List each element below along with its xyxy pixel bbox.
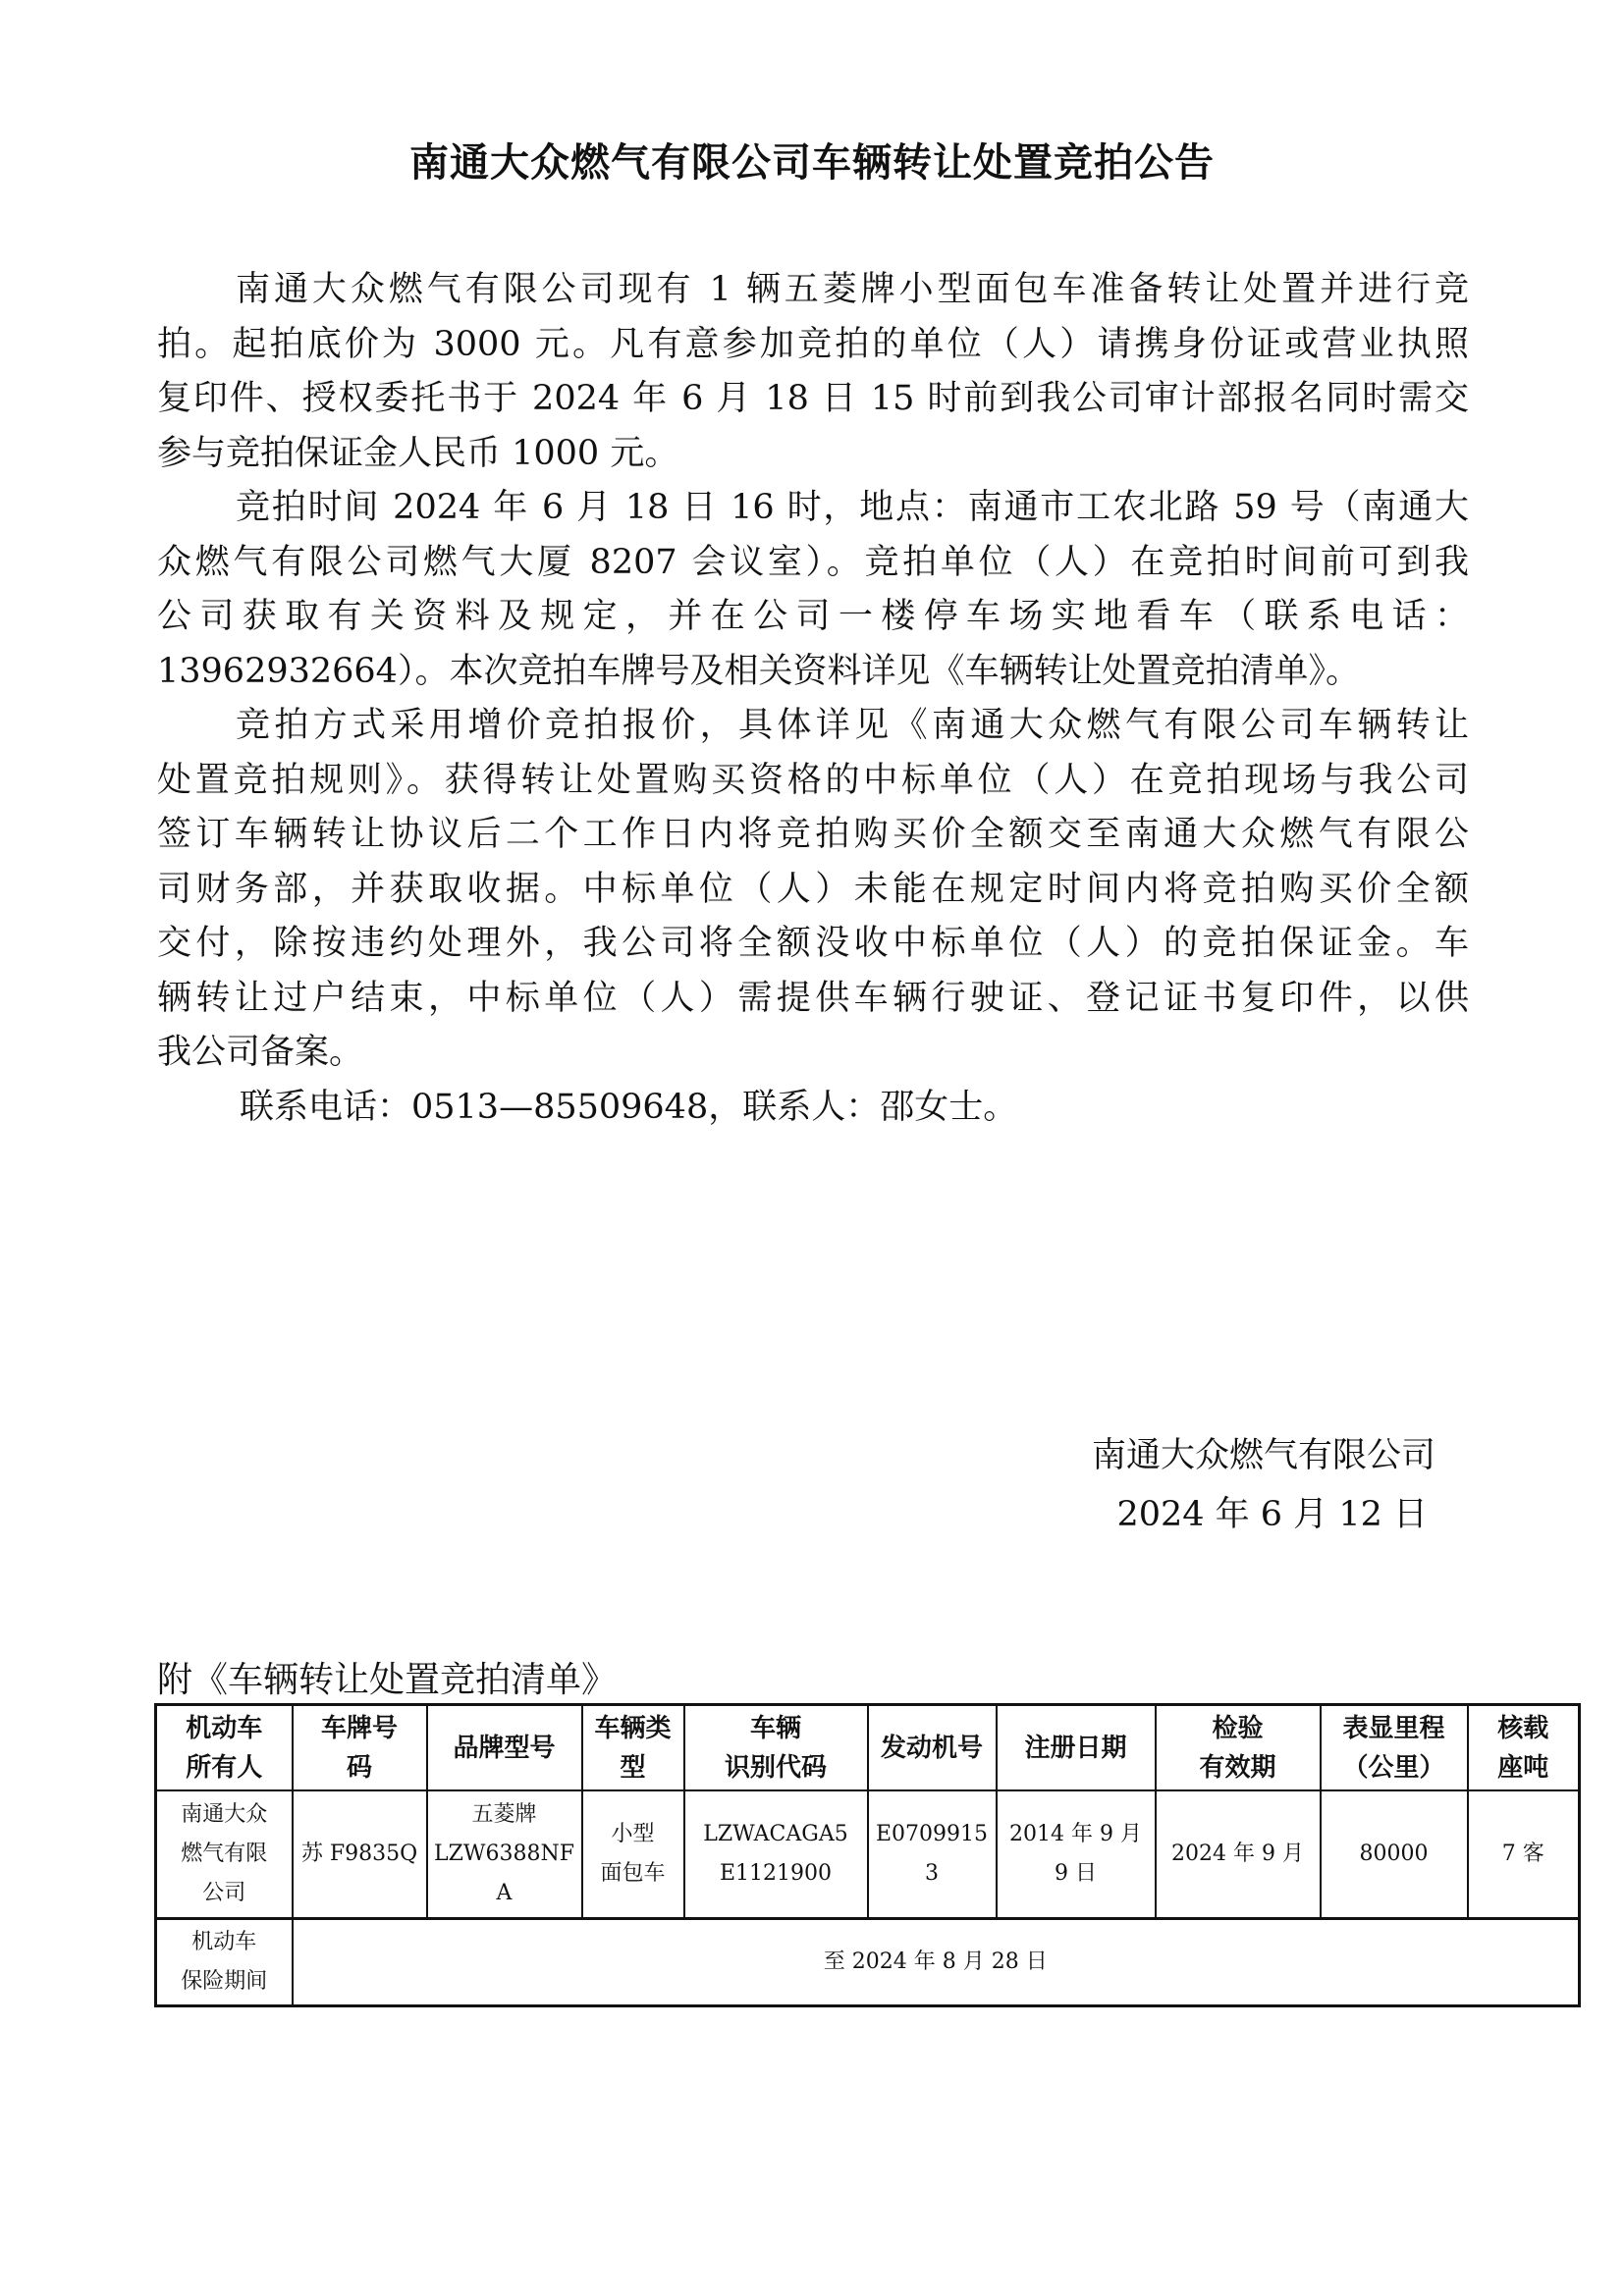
- text-line: 竞拍时间 2024 年 6 月 18 日 16 时，地点：南通市工农北路 59 …: [157, 481, 1469, 536]
- text-line: 我公司备案。: [157, 1026, 1469, 1081]
- header-registration-date: 注册日期: [997, 1705, 1156, 1791]
- header-engine-number: 发动机号: [868, 1705, 997, 1791]
- text-line: 公司获取有关资料及规定，并在公司一楼停车场实地看车（联系电话：: [157, 590, 1469, 645]
- header-plate-number: 车牌号码: [293, 1705, 427, 1791]
- page-title: 南通大众燃气有限公司车辆转让处置竞拍公告: [0, 135, 1624, 190]
- text-line: 复印件、授权委托书于 2024 年 6 月 18 日 15 时前到我公司审计部报…: [157, 372, 1469, 427]
- table-row: 南通大众燃气有限公司 苏 F9835Q 五菱牌LZW6388NFA 小型面包车 …: [156, 1790, 1580, 1919]
- text-line: 南通大众燃气有限公司现有 1 辆五菱牌小型面包车准备转让处置并进行竞: [157, 263, 1469, 318]
- contact-info: 联系电话：0513—85509648，联系人：邵女士。: [157, 1081, 1469, 1136]
- header-owner: 机动车所有人: [156, 1705, 293, 1791]
- header-mileage: 表显里程（公里）: [1321, 1705, 1468, 1791]
- cell-capacity: 7 客: [1468, 1790, 1580, 1919]
- text-line: 竞拍方式采用增价竞拍报价，具体详见《南通大众燃气有限公司车辆转让: [157, 699, 1469, 754]
- text-line: 司财务部，并获取收据。中标单位（人）未能在规定时间内将竞拍购买价全额: [157, 863, 1469, 918]
- announcement-body: 南通大众燃气有限公司现有 1 辆五菱牌小型面包车准备转让处置并进行竞 拍。起拍底…: [157, 263, 1469, 1135]
- text-line: 众燃气有限公司燃气大厦 8207 会议室）。竞拍单位（人）在竞拍时间前可到我: [157, 536, 1469, 591]
- header-vehicle-type: 车辆类型: [582, 1705, 684, 1791]
- cell-vin: LZWACAGA5E1121900: [684, 1790, 868, 1919]
- vehicle-auction-table: 机动车所有人 车牌号码 品牌型号 车辆类型 车辆识别代码 发动机号 注册日期 检…: [154, 1703, 1581, 2007]
- cell-registration-date: 2014 年 9 月9 日: [997, 1790, 1156, 1919]
- table-header-row: 机动车所有人 车牌号码 品牌型号 车辆类型 车辆识别代码 发动机号 注册日期 检…: [156, 1705, 1580, 1791]
- text-line: 13962932664）。本次竞拍车牌号及相关资料详见《车辆转让处置竞拍清单》。: [157, 645, 1469, 700]
- insurance-label: 机动车保险期间: [156, 1919, 293, 2006]
- header-vin: 车辆识别代码: [684, 1705, 868, 1791]
- cell-plate-number: 苏 F9835Q: [293, 1790, 427, 1919]
- paragraph-registration: 南通大众燃气有限公司现有 1 辆五菱牌小型面包车准备转让处置并进行竞 拍。起拍底…: [157, 263, 1469, 481]
- cell-engine-number: E07099153: [868, 1790, 997, 1919]
- cell-brand-model: 五菱牌LZW6388NFA: [427, 1790, 582, 1919]
- header-brand-model: 品牌型号: [427, 1705, 582, 1791]
- text-line: 参与竞拍保证金人民币 1000 元。: [157, 427, 1469, 482]
- text-line: 交付，除按违约处理外，我公司将全额没收中标单位（人）的竞拍保证金。车: [157, 917, 1469, 972]
- cell-inspection-validity: 2024 年 9 月: [1156, 1790, 1321, 1919]
- text-line: 签订车辆转让协议后二个工作日内将竞拍购买价全额交至南通大众燃气有限公: [157, 808, 1469, 863]
- cell-vehicle-type: 小型面包车: [582, 1790, 684, 1919]
- paragraph-auction-rules: 竞拍方式采用增价竞拍报价，具体详见《南通大众燃气有限公司车辆转让 处置竞拍规则》…: [157, 699, 1469, 1081]
- cell-owner: 南通大众燃气有限公司: [156, 1790, 293, 1919]
- text-line: 辆转让过户结束，中标单位（人）需提供车辆行驶证、登记证书复印件，以供: [157, 972, 1469, 1027]
- attachment-caption: 附《车辆转让处置竞拍清单》: [157, 1657, 617, 1704]
- header-inspection-validity: 检验有效期: [1156, 1705, 1321, 1791]
- signature-date: 2024 年 6 月 12 日: [1092, 1485, 1435, 1544]
- header-capacity: 核载座吨: [1468, 1705, 1580, 1791]
- signature-block: 南通大众燃气有限公司 2024 年 6 月 12 日: [1092, 1426, 1435, 1544]
- signature-company: 南通大众燃气有限公司: [1092, 1426, 1435, 1485]
- text-line: 处置竞拍规则》。获得转让处置购买资格的中标单位（人）在竞拍现场与我公司: [157, 754, 1469, 809]
- text-line: 拍。起拍底价为 3000 元。凡有意参加竞拍的单位（人）请携身份证或营业执照: [157, 318, 1469, 373]
- paragraph-auction-time-location: 竞拍时间 2024 年 6 月 18 日 16 时，地点：南通市工农北路 59 …: [157, 481, 1469, 699]
- insurance-value: 至 2024 年 8 月 28 日: [293, 1919, 1580, 2006]
- cell-mileage: 80000: [1321, 1790, 1468, 1919]
- insurance-row: 机动车保险期间 至 2024 年 8 月 28 日: [156, 1919, 1580, 2006]
